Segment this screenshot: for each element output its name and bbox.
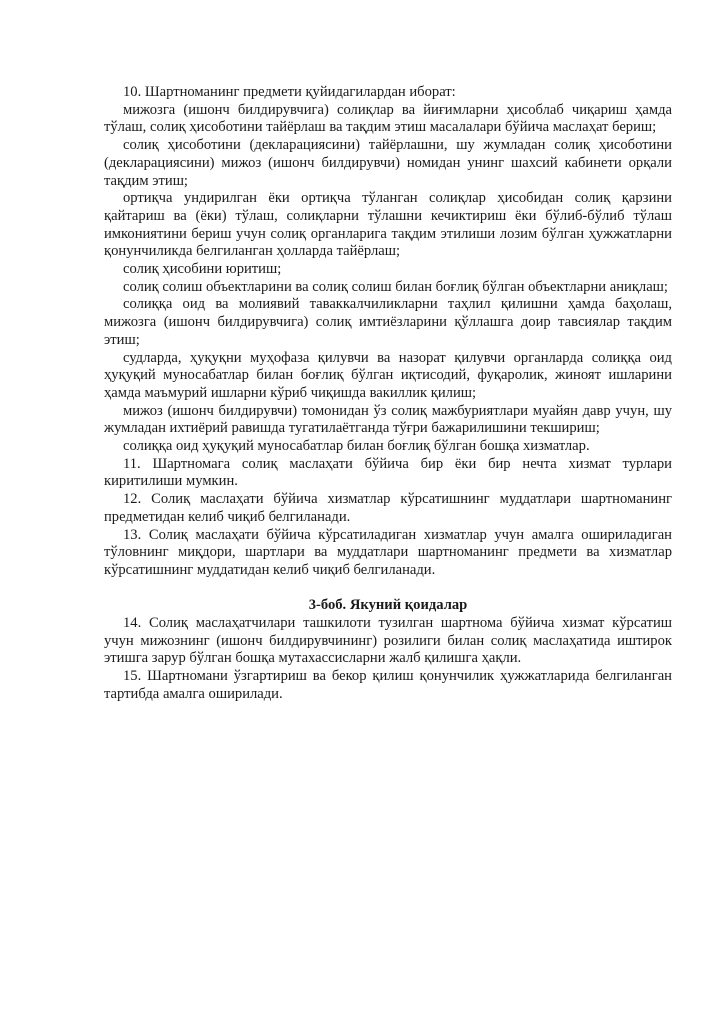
document-page: 10. Шартноманинг предмети қуйидагилардан… (104, 84, 672, 704)
paragraph-12: 12. Солиқ маслаҳати бўйича хизматлар кўр… (104, 491, 672, 526)
list-item-obligation-check: мижоз (ишонч билдирувчи) томонидан ўз со… (104, 403, 672, 438)
section-final-provisions: 14. Солиқ маслаҳатчилари ташкилоти тузил… (104, 615, 672, 704)
list-item-refund-documents: ортиқча ундирилган ёки ортиқча тўланган … (104, 190, 672, 261)
section-contract-subject: 10. Шартноманинг предмети қуйидагилардан… (104, 84, 672, 580)
list-item-declaration-preparation: солиқ ҳисоботини (декларациясини) тайёрл… (104, 137, 672, 190)
paragraph-14: 14. Солиқ маслаҳатчилари ташкилоти тузил… (104, 615, 672, 668)
list-item-tax-accounting: солиқ ҳисобини юритиш; (104, 261, 672, 279)
paragraph-11: 11. Шартномага солиқ маслаҳати бўйича би… (104, 456, 672, 491)
list-item-other-services: солиққа оид ҳуқуқий муносабатлар билан б… (104, 438, 672, 456)
list-item-tax-consulting: мижозга (ишонч билдирувчига) солиқлар ва… (104, 102, 672, 137)
paragraph-15: 15. Шартномани ўзгартириш ва бекор қилиш… (104, 668, 672, 703)
paragraph-10: 10. Шартноманинг предмети қуйидагилардан… (104, 84, 672, 102)
chapter-heading: 3-боб. Якуний қоидалар (104, 597, 672, 615)
list-item-representation: судларда, ҳуқуқни муҳофаза қилувчи ва на… (104, 350, 672, 403)
list-item-risk-analysis: солиққа оид ва молиявий таваккалчиликлар… (104, 296, 672, 349)
list-item-taxable-objects: солиқ солиш объектларини ва солиқ солиш … (104, 279, 672, 297)
paragraph-13: 13. Солиқ маслаҳати бўйича кўрсатиладига… (104, 527, 672, 580)
